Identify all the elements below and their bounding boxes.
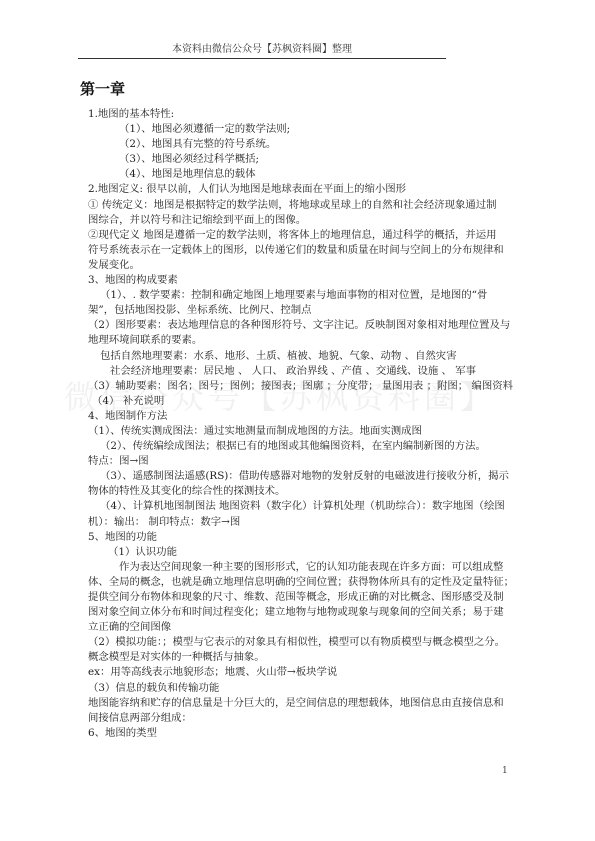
text-line: （2）图形要素：表达地理信息的各种图形符号、文字注记。反映制图对象相对地理位置及… xyxy=(88,318,520,333)
text-line: 5、地图的功能 xyxy=(88,530,520,545)
text-line: 发展变化。 xyxy=(88,258,520,273)
text-line: 机）：输出： 制印特点：数字→图 xyxy=(88,515,520,530)
text-line: （4）、地图是地理信息的载体 xyxy=(88,167,520,182)
text-line: 图对象空间立体分布和时间过程变化；建立地物与地物或现象与现象间的空间关系；易于建 xyxy=(88,605,520,620)
text-line: 特点：图→图 xyxy=(88,454,520,469)
text-line: 架”，包括地图投影、坐标系统、比例尺、控制点 xyxy=(88,303,520,318)
text-line: （1）、地图必须遵循一定的数学法则; xyxy=(88,122,520,137)
text-line: 符号系统表示在一定载体上的图形，以传递它们的数量和质量在时间与空间上的分布规律和 xyxy=(88,243,520,258)
text-line: 物体的特性及其变化的综合性的探测技术。 xyxy=(88,484,520,499)
text-line: ②现代定义 地图是遵循一定的数学法则，将客体上的地理信息，通过科学的概括，并运用 xyxy=(88,228,520,243)
text-line: 体、全局的概念，也就是确立地理信息明确的空间位置；获得物体所具有的定性及定量特征… xyxy=(88,575,520,590)
text-line: 间接信息两部分组成： xyxy=(88,711,520,726)
text-line: ① 传统定义：地图是根据特定的数学法则，将地球或星球上的自然和社会经济现象通过制 xyxy=(88,198,520,213)
text-line: （2）模拟功能：；模型与它表示的对象具有相似性，模型可以有物质模型与概念模型之分… xyxy=(88,635,520,650)
text-line: （4）、计算机地图制图法 地图资料（数字化）计算机处理（机助综合）：数字地图（绘… xyxy=(88,499,520,514)
text-line: （3）辅助要素：图名；图号；图例；接图表；图廓 ；分度带； 量图用表 ；附图； … xyxy=(88,379,520,394)
text-line: 3、地图的构成要素 xyxy=(88,273,520,288)
text-line: （2）、传统编绘成图法；根据已有的地图或其他编图资料，在室内编制新图的方法。 xyxy=(88,439,520,454)
text-line: 2.地图定义: 很早以前，人们认为地图是地球表面在平面上的缩小图形 xyxy=(88,182,520,197)
text-line: （4） 补充说明 xyxy=(88,394,520,409)
text-line: （3）、遥感制图法遥感(RS)：借助传感器对地物的发射反射的电磁波进行接收分析，… xyxy=(88,469,520,484)
text-line: （1）、传统实测成图法：通过实地测量而制成地图的方法。地面实测成图 xyxy=(88,424,520,439)
text-line: 作为表达空间现象一种主要的图形形式，它的认知功能表现在许多方面：可以组成整 xyxy=(88,560,520,575)
text-line: 社会经济地理要素：居民地 、 人口、 政治界线 、产值 、交通线、设施 、 军事 xyxy=(88,364,520,379)
chapter-title: 第一章 xyxy=(80,78,125,99)
text-line: 6、地图的类型 xyxy=(88,726,520,741)
text-line: 立正确的空间图像 xyxy=(88,620,520,635)
text-line: （3）信息的载负和传输功能 xyxy=(88,681,520,696)
text-line: ex：用等高线表示地貌形态；地震、火山带→板块学说 xyxy=(88,665,520,680)
text-line: 地图能容纳和贮存的信息量是十分巨大的，是空间信息的理想载体，地图信息由直接信息和 xyxy=(88,696,520,711)
text-line: 包括自然地理要素：水系、地形、土质、植被、地貌、气象、动物 、自然灾害 xyxy=(88,349,520,364)
text-line: （1）认识功能 xyxy=(88,545,520,560)
text-line: 1.地图的基本特性: xyxy=(88,107,520,122)
text-line: （2）、地图具有完整的符号系统。 xyxy=(88,137,520,152)
text-line: 4、地图制作方法 xyxy=(88,409,520,424)
text-line: （3）、地图必须经过科学概括; xyxy=(88,152,520,167)
page-header: 本资料由微信公众号【苏枫资料圈】整理 xyxy=(78,40,446,59)
text-line: 提供空间分布物体和现象的尺寸、维数、范围等概念，形成正确的对比概念、图形感受及制 xyxy=(88,590,520,605)
text-line: 地理环境间联系的要素。 xyxy=(88,333,520,348)
document-body: 1.地图的基本特性:（1）、地图必须遵循一定的数学法则;（2）、地图具有完整的符… xyxy=(88,107,520,741)
text-line: （1）、. 数学要素：控制和确定地图上地理要素与地面事物的相对位置，是地图的“骨 xyxy=(88,288,520,303)
text-line: 概念模型是对实体的一种概括与抽象。 xyxy=(88,650,520,665)
page-number: 1 xyxy=(502,766,508,776)
text-line: 图综合，并以符号和注记缩绘到平面上的图像。 xyxy=(88,213,520,228)
